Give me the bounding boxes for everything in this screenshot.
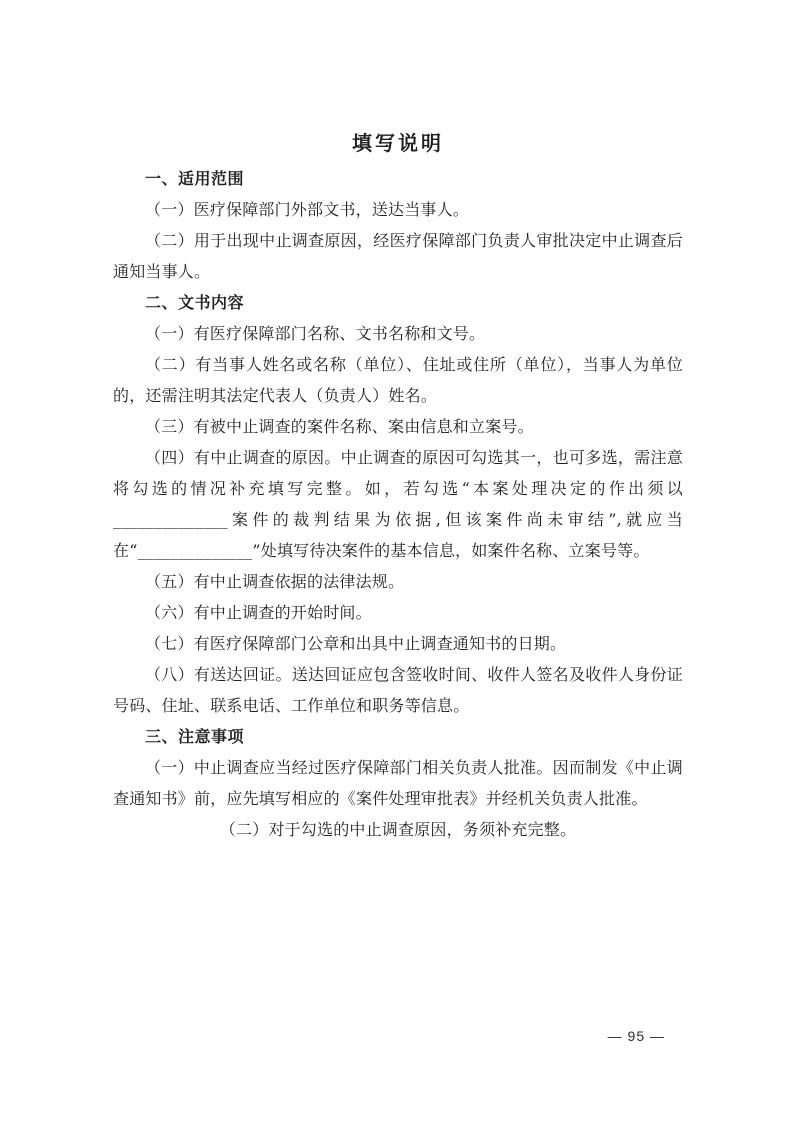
paragraph: （一）有医疗保障部门名称、文书名称和文号。 [113, 318, 683, 349]
page-number: — 95 — [608, 1026, 665, 1046]
paragraph: （四）有中止调查的原因。中止调查的原因可勾选其一，也可多选，需注意将勾选的情况补… [113, 442, 683, 566]
paragraph: （五）有中止调查依据的法律法规。 [113, 566, 683, 597]
paragraph: （二）有当事人姓名或名称（单位）、住址或住所（单位），当事人为单位的，还需注明其… [113, 349, 683, 411]
paragraph: （二）对于勾选的中止调查原因，务须补充完整。 [113, 814, 683, 845]
paragraph: （七）有医疗保障部门公章和出具中止调查通知书的日期。 [113, 628, 683, 659]
document-content: 填写说明 一、适用范围 （一）医疗保障部门外部文书，送达当事人。 （二）用于出现… [113, 0, 683, 845]
paragraph: （二）用于出现中止调查原因，经医疗保障部门负责人审批决定中止调查后通知当事人。 [113, 225, 683, 287]
document-page: 填写说明 一、适用范围 （一）医疗保障部门外部文书，送达当事人。 （二）用于出现… [0, 0, 793, 1122]
section-notes: 三、注意事项 （一）中止调查应当经过医疗保障部门相关负责人批准。因而制发《中止调… [113, 721, 683, 845]
paragraph: （一）中止调查应当经过医疗保障部门相关负责人批准。因而制发《中止调查通知书》前，… [113, 752, 683, 814]
section-document-content: 二、文书内容 （一）有医疗保障部门名称、文书名称和文号。 （二）有当事人姓名或名… [113, 287, 683, 721]
paragraph: （三）有被中止调查的案件名称、案由信息和立案号。 [113, 411, 683, 442]
section-heading: 三、注意事项 [113, 721, 683, 752]
page-title: 填写说明 [113, 128, 683, 158]
section-heading: 二、文书内容 [113, 287, 683, 318]
section-applicable-scope: 一、适用范围 （一）医疗保障部门外部文书，送达当事人。 （二）用于出现中止调查原… [113, 163, 683, 287]
paragraph: （八）有送达回证。送达回证应包含签收时间、收件人签名及收件人身份证号码、住址、联… [113, 659, 683, 721]
paragraph: （一）医疗保障部门外部文书，送达当事人。 [113, 194, 683, 225]
paragraph: （六）有中止调查的开始时间。 [113, 597, 683, 628]
section-heading: 一、适用范围 [113, 163, 683, 194]
